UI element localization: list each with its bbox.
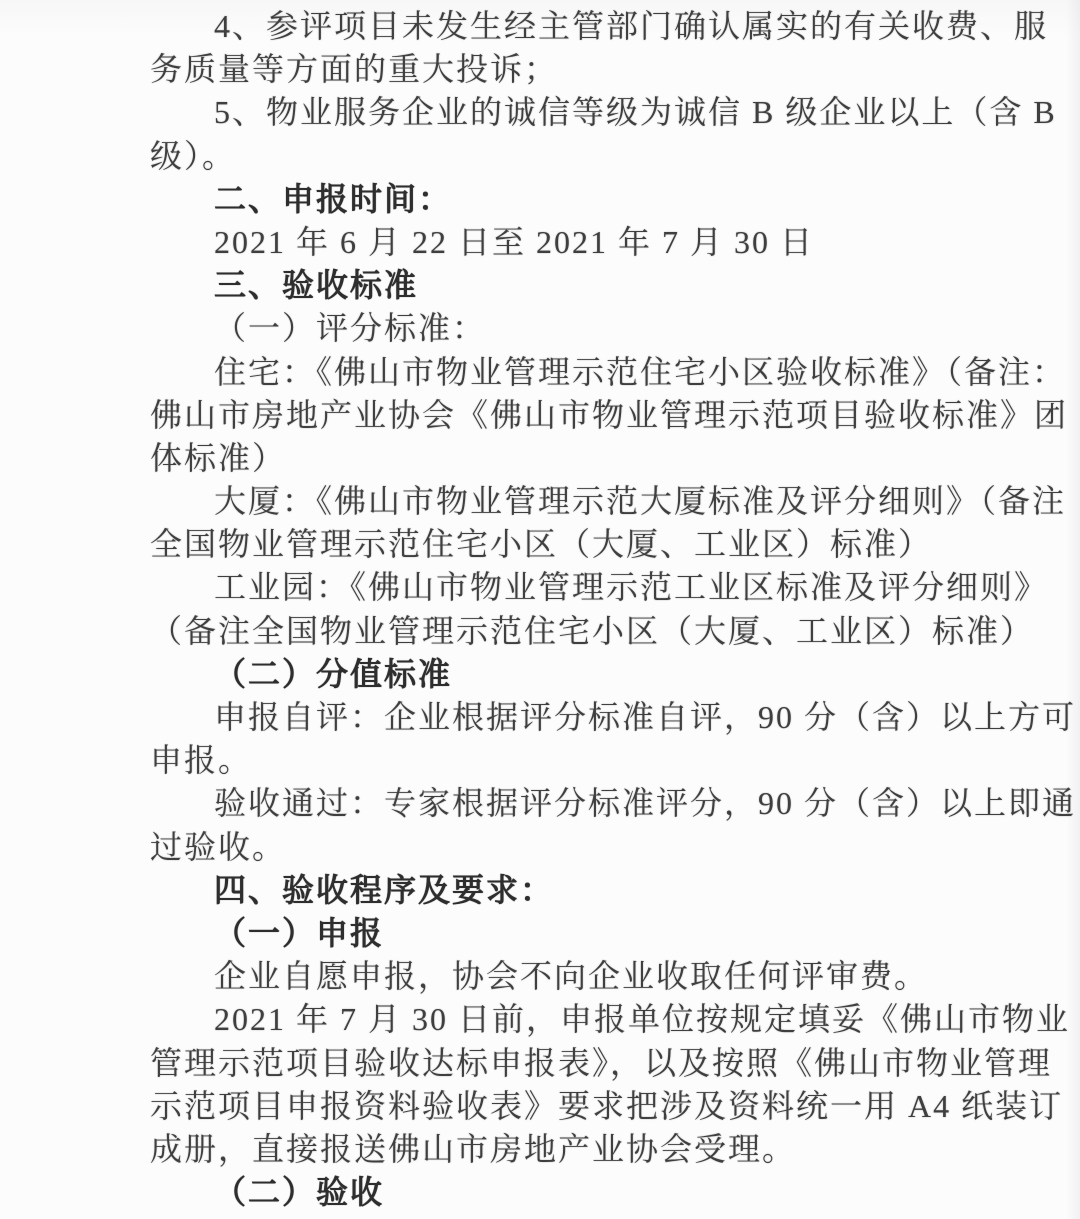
text-line: 4、参评项目未发生经主管部门确认属实的有关收费、服 (150, 5, 945, 48)
heading-line: 二、申报时间： (150, 178, 945, 221)
heading-line: （二）分值标准 (150, 653, 945, 696)
heading-line: （二）验收 (150, 1171, 945, 1214)
text-line: 体标准） (150, 437, 945, 480)
text-line: （一）评分标准： (150, 307, 945, 350)
text-line: 2021 年 7 月 30 日前，申报单位按规定填妥《佛山市物业 (150, 998, 945, 1041)
text-line: 管理示范项目验收达标申报表》，以及按照《佛山市物业管理 (150, 1042, 945, 1085)
text-line: 申报。 (150, 739, 945, 782)
scanned-document-page: 4、参评项目未发生经主管部门确认属实的有关收费、服务质量等方面的重大投诉；5、物… (0, 0, 1080, 1219)
text-line: 2021 年 6 月 22 日至 2021 年 7 月 30 日 (150, 221, 945, 264)
text-line: 企业自愿申报，协会不向企业收取任何评审费。 (150, 955, 945, 998)
heading-line: 四、验收程序及要求： (150, 869, 945, 912)
text-line: 成册，直接报送佛山市房地产业协会受理。 (150, 1128, 945, 1171)
text-line: 大厦：《佛山市物业管理示范大厦标准及评分细则》（备注 (150, 480, 945, 523)
text-line: 佛山市房地产业协会《佛山市物业管理示范项目验收标准》团 (150, 394, 945, 437)
heading-line: （一）申报 (150, 912, 945, 955)
text-line: 过验收。 (150, 826, 945, 869)
text-line: （备注全国物业管理示范住宅小区（大厦、工业区）标准） (150, 610, 945, 653)
text-line: 5、物业服务企业的诚信等级为诚信 B 级企业以上（含 B (150, 91, 945, 134)
text-line: 申报自评：企业根据评分标准自评，90 分（含）以上方可 (150, 696, 945, 739)
text-line: 务质量等方面的重大投诉； (150, 48, 945, 91)
text-line: 级）。 (150, 135, 945, 178)
text-line: 住宅：《佛山市物业管理示范住宅小区验收标准》（备注： (150, 351, 945, 394)
document-body: 4、参评项目未发生经主管部门确认属实的有关收费、服务质量等方面的重大投诉；5、物… (150, 5, 945, 1214)
text-line: 工业园：《佛山市物业管理示范工业区标准及评分细则》 (150, 566, 945, 609)
text-line: 验收通过：专家根据评分标准评分，90 分（含）以上即通 (150, 782, 945, 825)
text-line: 全国物业管理示范住宅小区（大厦、工业区）标准） (150, 523, 945, 566)
text-line: 示范项目申报资料验收表》要求把涉及资料统一用 A4 纸装订 (150, 1085, 945, 1128)
heading-line: 三、验收标准 (150, 264, 945, 307)
